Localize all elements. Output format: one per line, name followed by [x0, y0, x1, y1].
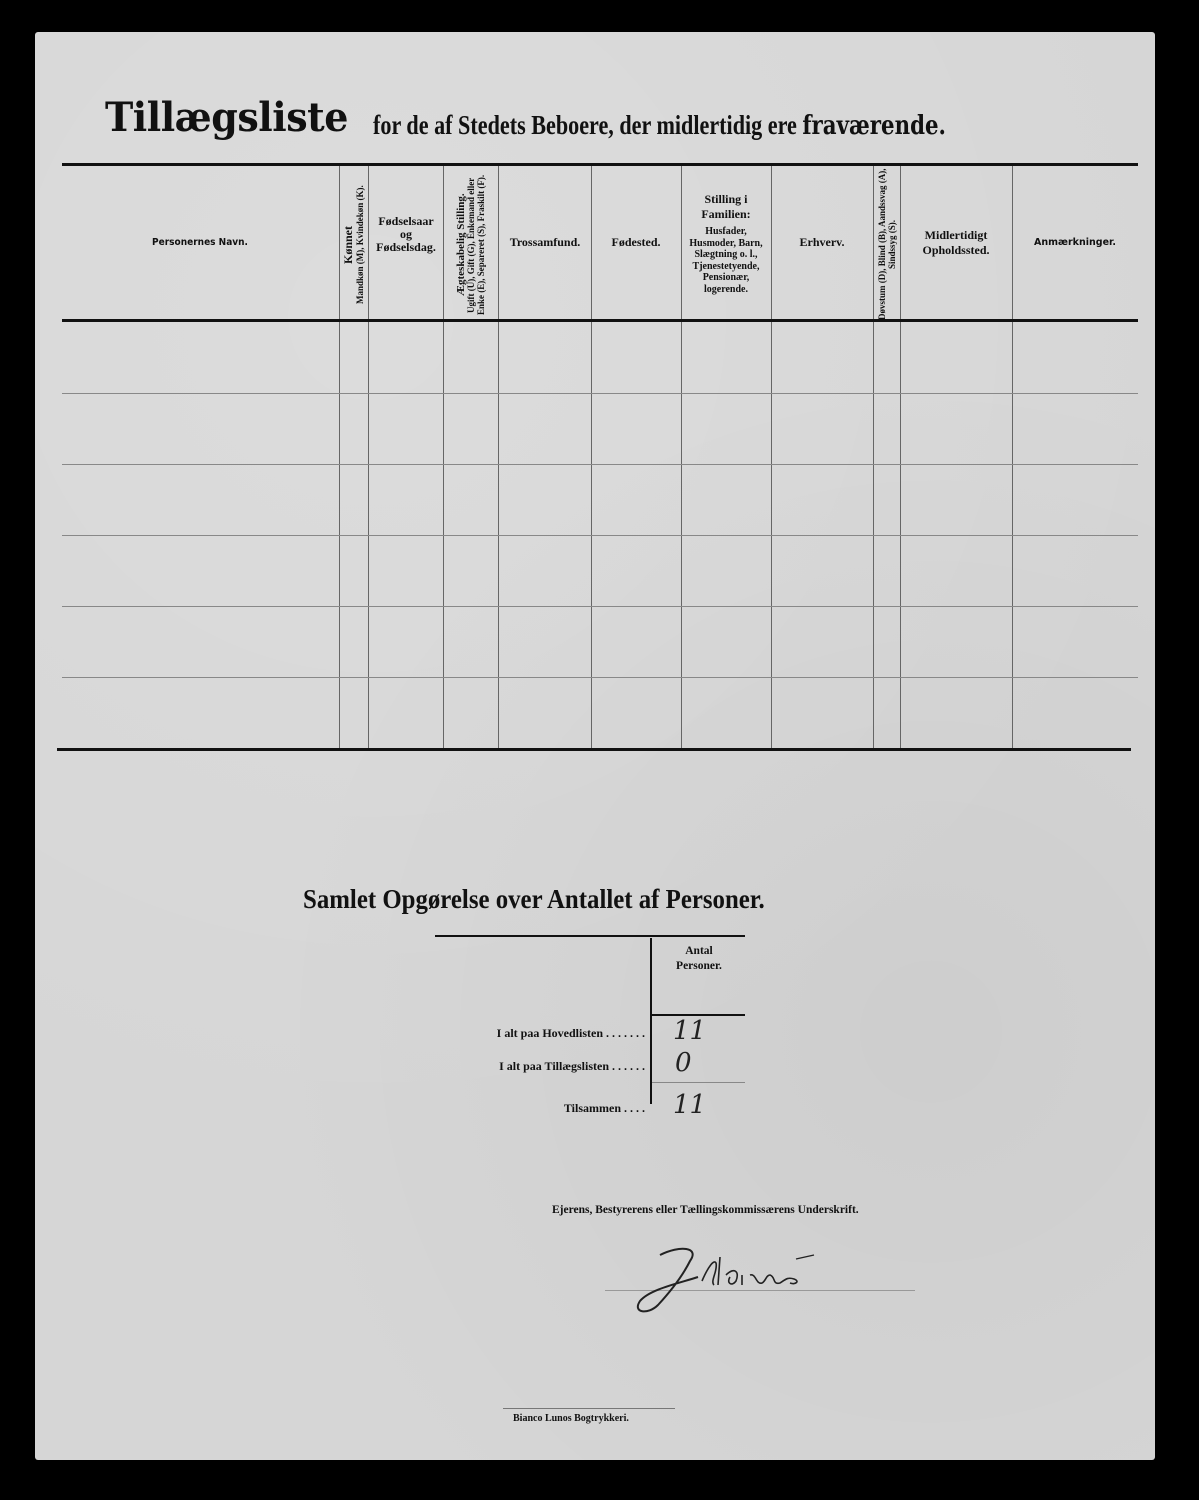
signature-caption: Ejerens, Bestyrerens eller Tællingskommi… [552, 1204, 859, 1216]
col-header-family-position: Stilling i Familien: Husfader, Husmoder,… [683, 192, 769, 295]
col-header-temp-residence: Midlertidigt Opholdssted. [915, 228, 997, 258]
form-subtitle-emphasis: fraværende. [802, 111, 946, 141]
col-header-birthplace: Fødested. [593, 236, 679, 249]
table-row-line [62, 677, 1138, 678]
summary-label-hovedlisten: I alt paa Hovedlisten . . . . . . . [415, 1026, 645, 1041]
signature-scribble [610, 1237, 850, 1317]
form-subtitle: for de af Stedets Beboere, der midlertid… [373, 110, 946, 141]
printer-rule [503, 1408, 675, 1409]
table-row-line [62, 464, 1138, 465]
table-row-line [62, 606, 1138, 607]
summary-count-header: Antal Personer. [653, 944, 745, 974]
table-row-line [62, 393, 1138, 394]
summary-count-header-line1: Antal [653, 944, 745, 959]
col-header-sex: Kønnet Mandkøn (M), Kvindekøn (K). [341, 170, 367, 320]
form-title: Tillægsliste [105, 94, 348, 141]
col-header-remarks: Anmærkninger. [1015, 236, 1135, 249]
col-header-name: Personernes Navn. [65, 236, 335, 249]
col-header-marital: Ægteskabelig Stilling. Ugift (U), Gift (… [445, 170, 497, 320]
table-body [62, 322, 1138, 748]
col-header-occupation: Erhverv. [773, 236, 871, 249]
table-row-line [62, 535, 1138, 536]
summary-count-header-line2: Personer. [653, 959, 745, 974]
table-bottom-rule [57, 748, 1131, 751]
col-header-disability: Døvstum (D), Blind (B), Aandssvag (A), S… [874, 168, 900, 320]
col-header-birth: Fødselsaar og Fødselsdag. [373, 215, 439, 254]
table-top-rule [62, 163, 1138, 166]
summary-title: Samlet Opgørelse over Antallet af Person… [303, 884, 765, 915]
col-header-sex-main: Kønnet [341, 226, 355, 264]
col-header-sex-sub: Mandkøn (M), Kvindekøn (K). [355, 186, 365, 305]
printer-imprint: Bianco Lunos Bogtrykkeri. [513, 1413, 629, 1424]
signature: J. Albinus [610, 1237, 850, 1317]
summary-divider [650, 938, 652, 1104]
col-header-family-sub: Husfader, Husmoder, Barn, Slægtning o. l… [683, 226, 769, 295]
summary-value-hovedlisten: 11 [673, 1016, 706, 1046]
summary-subtotal-rule [652, 1082, 745, 1083]
census-form-page: Tillægsliste for de af Stedets Beboere, … [35, 32, 1155, 1460]
form-subtitle-text: for de af Stedets Beboere, der midlertid… [373, 110, 797, 140]
col-header-religion: Trossamfund. [500, 236, 590, 249]
col-header-marital-sub: Ugift (U), Gift (G), Enkemand eller Enke… [466, 175, 486, 315]
summary-top-rule [435, 935, 745, 937]
summary-value-total: 11 [673, 1090, 706, 1120]
summary-label-tillaegslisten: I alt paa Tillægslisten . . . . . . [415, 1059, 645, 1074]
summary-label-total: Tilsammen . . . . [415, 1101, 645, 1116]
summary-value-tillaegslisten: 0 [675, 1048, 692, 1078]
col-header-family-main: Stilling i Familien: [683, 192, 769, 222]
